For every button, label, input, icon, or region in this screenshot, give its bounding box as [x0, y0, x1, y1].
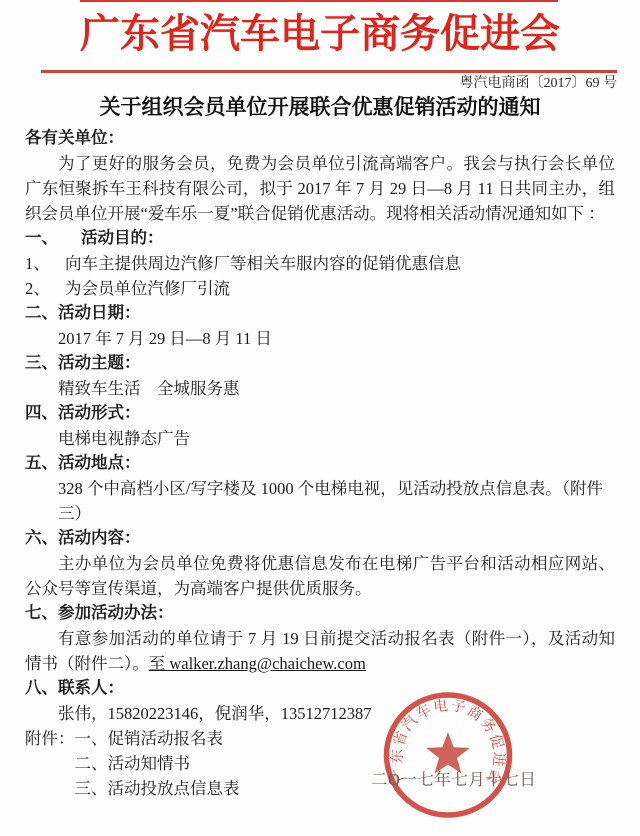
contact-email-link[interactable]: 至 walker.zhang@chaichew.com [149, 654, 366, 673]
attachment-item: 二、活动知情书 [75, 751, 240, 776]
section-heading: 七、参加活动办法： [25, 601, 615, 626]
section-number: 八、 [25, 679, 58, 697]
section-location: 五、活动地点： 328 个中高档小区/写字楼及 1000 个电梯电视，见活动投放… [25, 451, 615, 526]
section-heading: 八、联系人： [25, 676, 615, 701]
attachment-item: 一、促销活动报名表 [75, 726, 240, 751]
section-title: 活动主题： [58, 354, 141, 372]
attachments-list: 一、促销活动报名表 二、活动知情书 三、活动投放点信息表 [75, 726, 240, 801]
section-heading: 二、活动日期： [25, 301, 615, 326]
official-seal: 广东省汽车电子商务促进会 [380, 689, 516, 821]
item-number: 2、 [25, 276, 65, 301]
section-number: 一、 [25, 226, 81, 251]
section-heading: 四、活动形式： [25, 401, 615, 426]
section-heading: 一、活动目的： [25, 226, 615, 251]
section-title: 活动地点： [58, 454, 141, 472]
letterhead-org-name: 广东省汽车电子商务促进会 [0, 8, 640, 60]
section-heading: 五、活动地点： [25, 451, 615, 476]
document-date: 二O一七年七月十七日 [371, 766, 551, 790]
top-red-line [80, 0, 558, 2]
section-title: 参加活动办法： [58, 604, 174, 622]
salutation: 各有关单位： [25, 126, 615, 151]
attachment-item: 三、活动投放点信息表 [75, 776, 240, 801]
section-number: 五、 [25, 454, 58, 472]
item-text: 向车主提供周边汽修厂等相关车服内容的促销优惠信息 [65, 254, 461, 273]
notice-title: 关于组织会员单位开展联合优惠促销活动的通知 [0, 91, 640, 121]
section-heading: 六、活动内容： [25, 526, 615, 551]
purpose-item: 1、向车主提供周边汽修厂等相关车服内容的促销优惠信息 [25, 251, 615, 276]
section-body: 328 个中高档小区/写字楼及 1000 个电梯电视，见活动投放点信息表。（附件… [25, 476, 615, 526]
section-number: 四、 [25, 404, 58, 422]
letterhead-rule [41, 70, 617, 73]
section-format: 四、活动形式： 电梯电视静态广告 [25, 401, 615, 451]
section-title: 活动日期： [58, 304, 141, 322]
section-title: 活动内容： [58, 529, 141, 547]
item-text: 为会员单位汽修厂引流 [65, 279, 230, 298]
notice-document-page: 广东省汽车电子商务促进会 粤汽电商函〔2017〕69 号 关于组织会员单位开展联… [0, 0, 640, 836]
document-body: 各有关单位： 为了更好的服务会员，免费为会员单位引流高端客户。我会与执行会长单位… [25, 126, 615, 801]
item-number: 1、 [25, 251, 65, 276]
seal-graphic: 广东省汽车电子商务促进会 [380, 689, 516, 821]
section-body: 有意参加活动的单位请于 7 月 19 日前提交活动报名表（附件一），及活动知情书… [25, 626, 615, 676]
section-title: 联系人： [58, 679, 124, 697]
purpose-item: 2、为会员单位汽修厂引流 [25, 276, 615, 301]
section-title: 活动形式： [58, 404, 141, 422]
section-heading: 三、活动主题： [25, 351, 615, 376]
section-title: 活动目的： [81, 229, 164, 247]
contact-persons: 张伟，15820223146，倪润华，13512712387 [25, 701, 615, 726]
section-content: 六、活动内容： 主办单位为会员单位免费将优惠信息发布在电梯广告平台和活动相应网站… [25, 526, 615, 601]
section-number: 七、 [25, 604, 58, 622]
section-number: 二、 [25, 304, 58, 322]
section-body: 主办单位为会员单位免费将优惠信息发布在电梯广告平台和活动相应网站、公众号等宣传渠… [25, 551, 615, 601]
section-purpose: 一、活动目的： 1、向车主提供周边汽修厂等相关车服内容的促销优惠信息 2、为会员… [25, 226, 615, 301]
section-body: 2017 年 7 月 29 日—8 月 11 日 [25, 326, 615, 351]
section-body: 精致车生活 全城服务惠 [25, 376, 615, 401]
section-theme: 三、活动主题： 精致车生活 全城服务惠 [25, 351, 615, 401]
section-date: 二、活动日期： 2017 年 7 月 29 日—8 月 11 日 [25, 301, 615, 351]
section-how-to-join: 七、参加活动办法： 有意参加活动的单位请于 7 月 19 日前提交活动报名表（附… [25, 601, 615, 676]
section-body: 电梯电视静态广告 [25, 426, 615, 451]
intro-paragraph: 为了更好的服务会员，免费为会员单位引流高端客户。我会与执行会长单位广东恒聚拆车王… [25, 151, 615, 226]
section-number: 三、 [25, 354, 58, 372]
attachments-label: 附件： [25, 726, 75, 801]
section-number: 六、 [25, 529, 58, 547]
section-contacts: 八、联系人： 张伟，15820223146，倪润华，13512712387 [25, 676, 615, 726]
